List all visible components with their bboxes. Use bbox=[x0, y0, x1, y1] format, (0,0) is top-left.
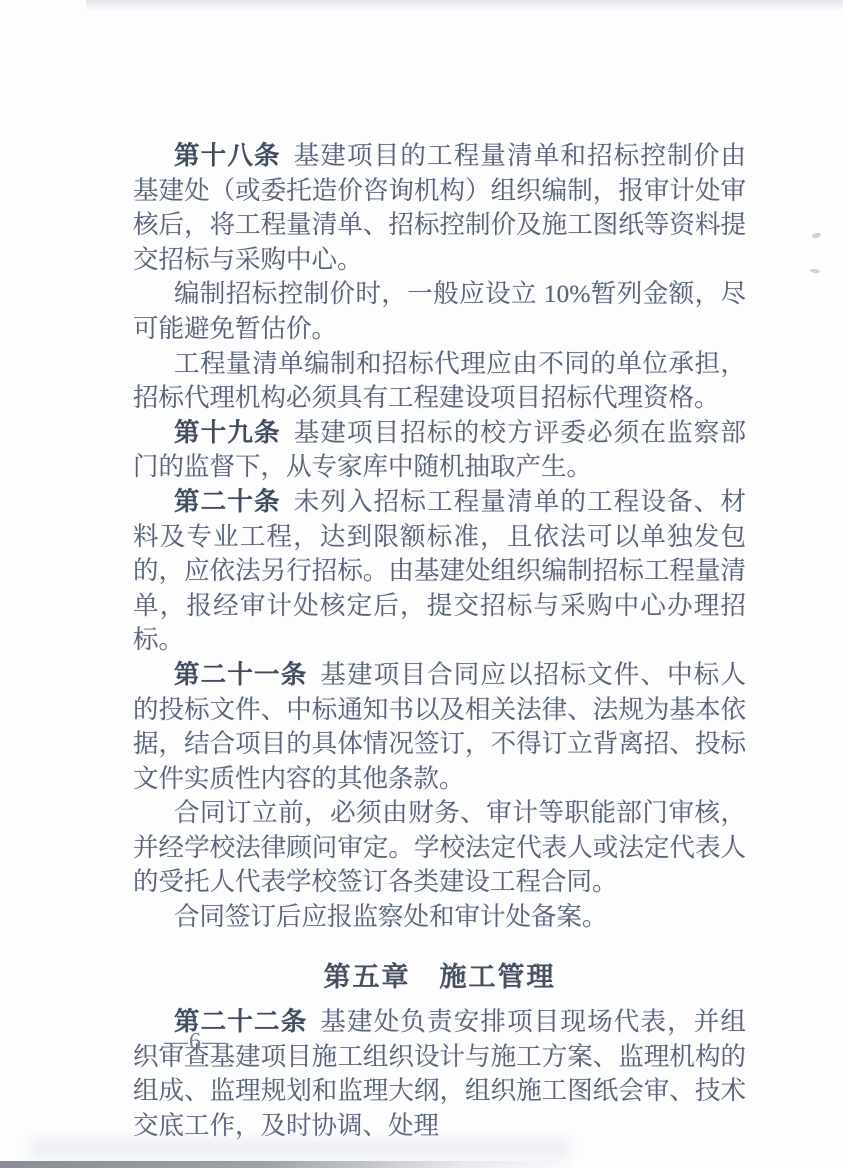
page-number: —6— bbox=[164, 1029, 227, 1056]
control-price-text: 编制招标控制价时，一般应设立 10%暂列金额，尽可能避免暂估价。 bbox=[133, 279, 746, 343]
bidding-agency-paragraph: 工程量清单编制和招标代理应由不同的单位承担，招标代理机构必须具有工程建设项目招标… bbox=[133, 347, 746, 416]
scan-artifact-speck bbox=[810, 268, 820, 273]
article-21-number: 第二十一条 bbox=[174, 660, 307, 689]
scanned-document-page: 第十八条基建项目的工程量清单和招标控制价由基建处（或委托造价咨询机构）组织编制，… bbox=[0, 0, 843, 1168]
article-20-number: 第二十条 bbox=[174, 487, 281, 516]
article-21-paragraph: 第二十一条基建项目合同应以招标文件、中标人的投标文件、中标通知书以及相关法律、法… bbox=[133, 658, 746, 796]
scan-artifact-bottom-edge bbox=[0, 1161, 580, 1168]
document-body: 第十八条基建项目的工程量清单和招标控制价由基建处（或委托造价咨询机构）组织编制，… bbox=[133, 139, 746, 1144]
contract-review-text: 合同订立前，必须由财务、审计等职能部门审核，并经学校法律顾问审定。学校法定代表人… bbox=[133, 798, 746, 896]
contract-filing-paragraph: 合同签订后应报监察处和审计处备案。 bbox=[133, 900, 746, 935]
article-18-paragraph: 第十八条基建项目的工程量清单和招标控制价由基建处（或委托造价咨询机构）组织编制，… bbox=[133, 139, 746, 277]
chapter-5-heading: 第五章 施工管理 bbox=[133, 960, 746, 995]
scan-artifact-top-edge bbox=[86, 0, 843, 12]
article-18-number: 第十八条 bbox=[174, 141, 281, 170]
article-19-number: 第十九条 bbox=[174, 418, 281, 447]
control-price-paragraph: 编制招标控制价时，一般应设立 10%暂列金额，尽可能避免暂估价。 bbox=[133, 277, 746, 346]
contract-filing-text: 合同签订后应报监察处和审计处备案。 bbox=[174, 902, 608, 931]
contract-review-paragraph: 合同订立前，必须由财务、审计等职能部门审核，并经学校法律顾问审定。学校法定代表人… bbox=[133, 796, 746, 900]
scan-artifact-speck bbox=[812, 232, 822, 239]
article-19-paragraph: 第十九条基建项目招标的校方评委必须在监察部门的监督下，从专家库中随机抽取产生。 bbox=[133, 416, 746, 485]
article-22-paragraph: 第二十二条基建处负责安排项目现场代表，并组织审查基建项目施工组织设计与施工方案、… bbox=[133, 1005, 746, 1143]
bidding-agency-text: 工程量清单编制和招标代理应由不同的单位承担，招标代理机构必须具有工程建设项目招标… bbox=[133, 349, 746, 413]
article-20-paragraph: 第二十条未列入招标工程量清单的工程设备、材料及专业工程，达到限额标准，且依法可以… bbox=[133, 485, 746, 658]
